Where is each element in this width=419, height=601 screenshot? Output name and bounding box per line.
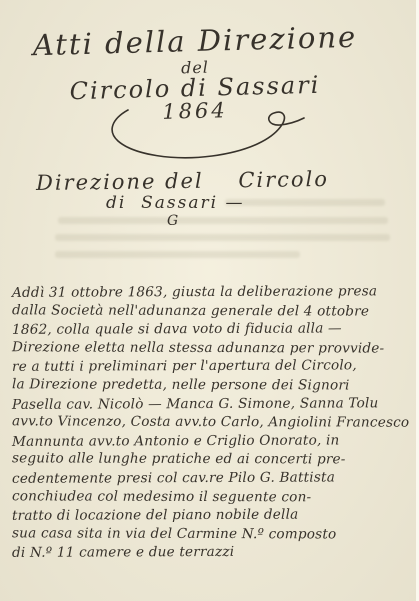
flourish-swash-icon <box>104 103 309 161</box>
manuscript-line: Direzione eletta nella stessa adunanza p… <box>12 338 412 358</box>
bleed-through-line <box>55 234 390 241</box>
subtitle-line-2: di Sassari — <box>106 193 244 213</box>
bleed-through-line <box>58 217 388 224</box>
manuscript-line: Addì 31 ottobre 1863, giusta la delibera… <box>12 282 412 302</box>
manuscript-line: Pasella cav. Nicolò — Manca G. Simone, S… <box>12 394 412 414</box>
manuscript-line: re a tutti i preliminari per l'apertura … <box>12 357 412 377</box>
manuscript-line: sua casa sita in via del Carmine N.º com… <box>12 524 412 544</box>
manuscript-line: seguito alle lunghe pratiche ed ai conce… <box>12 450 412 470</box>
manuscript-line: conchiudea col medesimo il seguente con- <box>12 487 412 507</box>
manuscript-line: la Direzione predetta, nelle persone dei… <box>12 375 412 395</box>
manuscript-line: avv.to Vincenzo, Costa avv.to Carlo, Ang… <box>12 412 412 432</box>
bleed-through-line <box>55 251 300 258</box>
manuscript-line: 1862, colla quale si dava voto di fiduci… <box>12 319 412 339</box>
subtitle-line-1: Direzione del Circolo <box>36 167 329 195</box>
subtitle-mark: G <box>167 213 178 229</box>
manuscript-line: cedentemente presi col cav.re Pilo G. Ba… <box>12 468 412 488</box>
manuscript-page: Atti della Direzione del Circolo di Sass… <box>0 0 419 601</box>
manuscript-line: tratto di locazione del piano nobile del… <box>12 505 412 525</box>
manuscript-line: Mannunta avv.to Antonio e Criglio Onorat… <box>12 431 412 451</box>
manuscript-line: di N.º 11 camere e due terrazzi <box>12 542 412 562</box>
manuscript-line: dalla Società nell'adunanza generale del… <box>12 301 412 321</box>
bleed-through-line <box>225 199 385 206</box>
manuscript-body: Addì 31 ottobre 1863, giusta la delibera… <box>12 283 412 562</box>
